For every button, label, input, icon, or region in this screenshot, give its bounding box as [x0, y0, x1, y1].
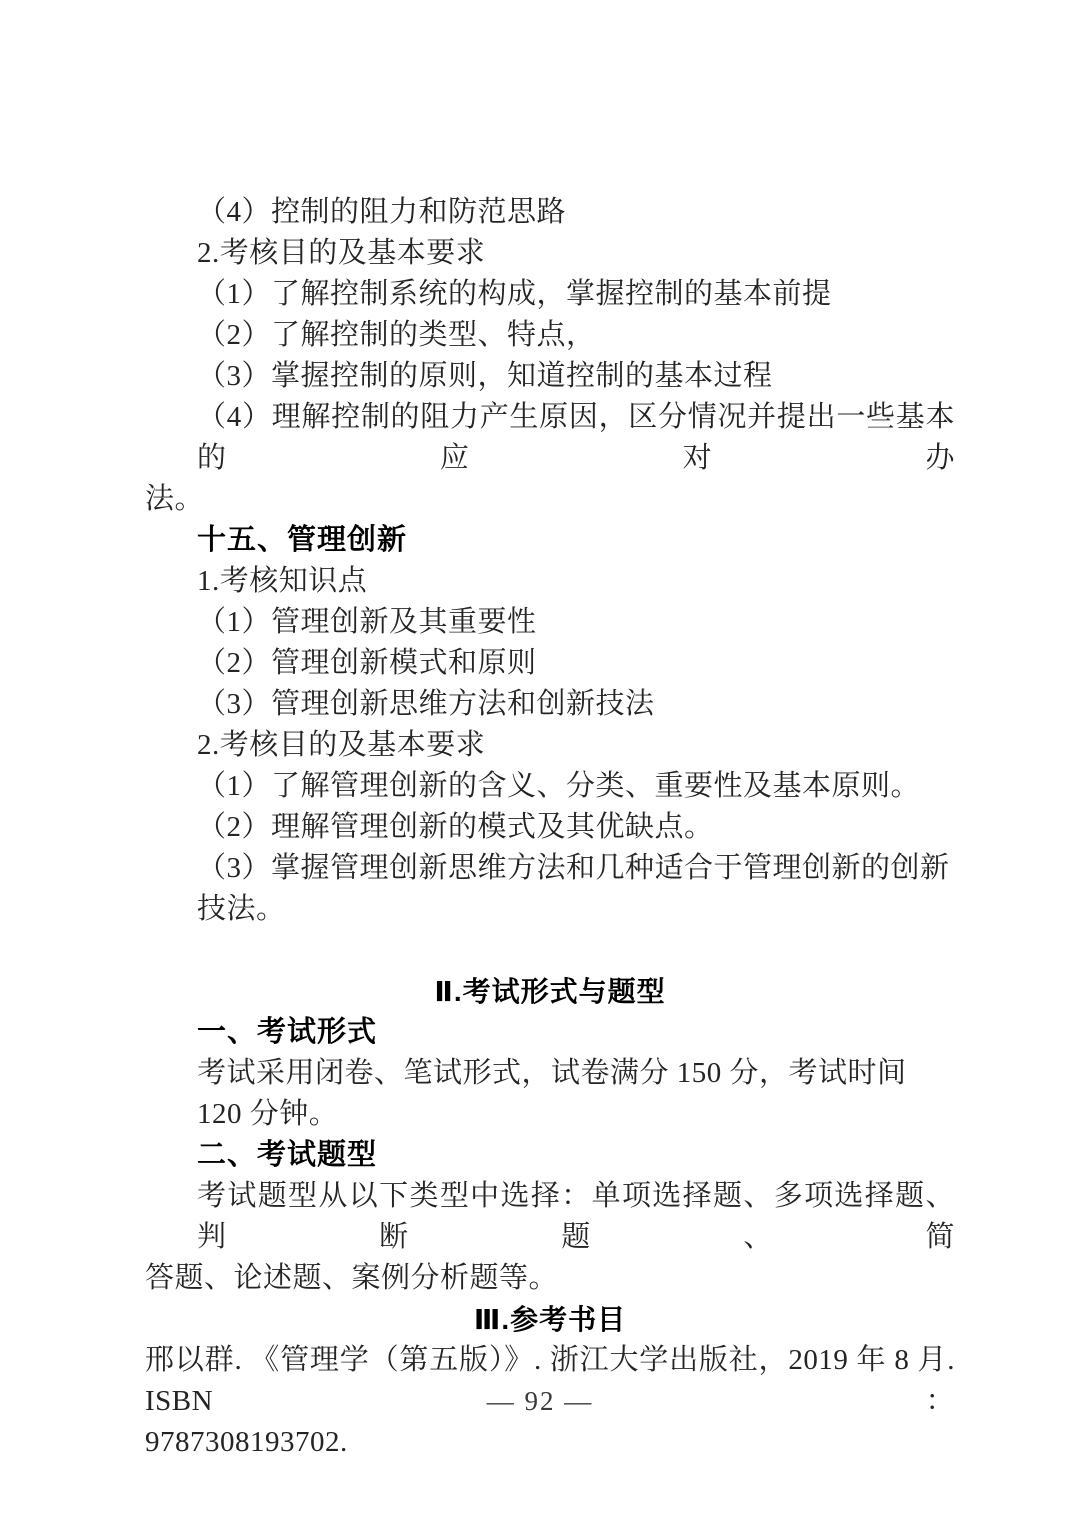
innovation-objective-1: （1）了解管理创新的含义、分类、重要性及基本原则。: [145, 766, 955, 807]
question-types-text-line-2: 答题、论述题、案例分析题等。: [145, 1258, 955, 1299]
question-types-text-line-1: 考试题型从以下类型中选择：单项选择题、多项选择题、判断题、简: [145, 1176, 955, 1258]
document-page: （4）控制的阻力和防范思路 2.考核目的及基本要求 （1）了解控制系统的构成，掌…: [0, 0, 1080, 1527]
page-content: （4）控制的阻力和防范思路 2.考核目的及基本要求 （1）了解控制系统的构成，掌…: [145, 192, 955, 1463]
control-objectives-label: 2.考核目的及基本要求: [145, 233, 955, 274]
control-objective-4-wrap: 法。: [145, 479, 955, 520]
question-types-heading: 二、考试题型: [145, 1135, 955, 1176]
innovation-knowledge-point-2: （2）管理创新模式和原则: [145, 643, 955, 684]
innovation-objective-3: （3）掌握管理创新思维方法和几种适合于管理创新的创新技法。: [145, 848, 955, 930]
control-objective-1: （1）了解控制系统的构成，掌握控制的基本前提: [145, 274, 955, 315]
innovation-objective-2: （2）理解管理创新的模式及其优缺点。: [145, 807, 955, 848]
part-3-heading: Ⅲ.参考书目: [145, 1299, 955, 1340]
innovation-objectives-label: 2.考核目的及基本要求: [145, 725, 955, 766]
control-objective-3: （3）掌握控制的原则，知道控制的基本过程: [145, 356, 955, 397]
innovation-knowledge-label: 1.考核知识点: [145, 561, 955, 602]
innovation-knowledge-point-1: （1）管理创新及其重要性: [145, 602, 955, 643]
page-number: — 92 —: [0, 1386, 1080, 1417]
control-knowledge-point-4: （4）控制的阻力和防范思路: [145, 192, 955, 233]
part-2-heading: Ⅱ.考试形式与题型: [145, 971, 955, 1012]
control-objective-2: （2）了解控制的类型、特点，: [145, 315, 955, 356]
section-15-heading: 十五、管理创新: [145, 520, 955, 561]
reference-book-line-2: 9787308193702.: [145, 1422, 955, 1463]
control-objective-4: （4）理解控制的阻力产生原因，区分情况并提出一些基本的应对办: [145, 397, 955, 479]
innovation-knowledge-point-3: （3）管理创新思维方法和创新技法: [145, 684, 955, 725]
exam-format-text: 考试采用闭卷、笔试形式，试卷满分 150 分，考试时间 120 分钟。: [145, 1053, 955, 1135]
exam-format-heading: 一、考试形式: [145, 1012, 955, 1053]
